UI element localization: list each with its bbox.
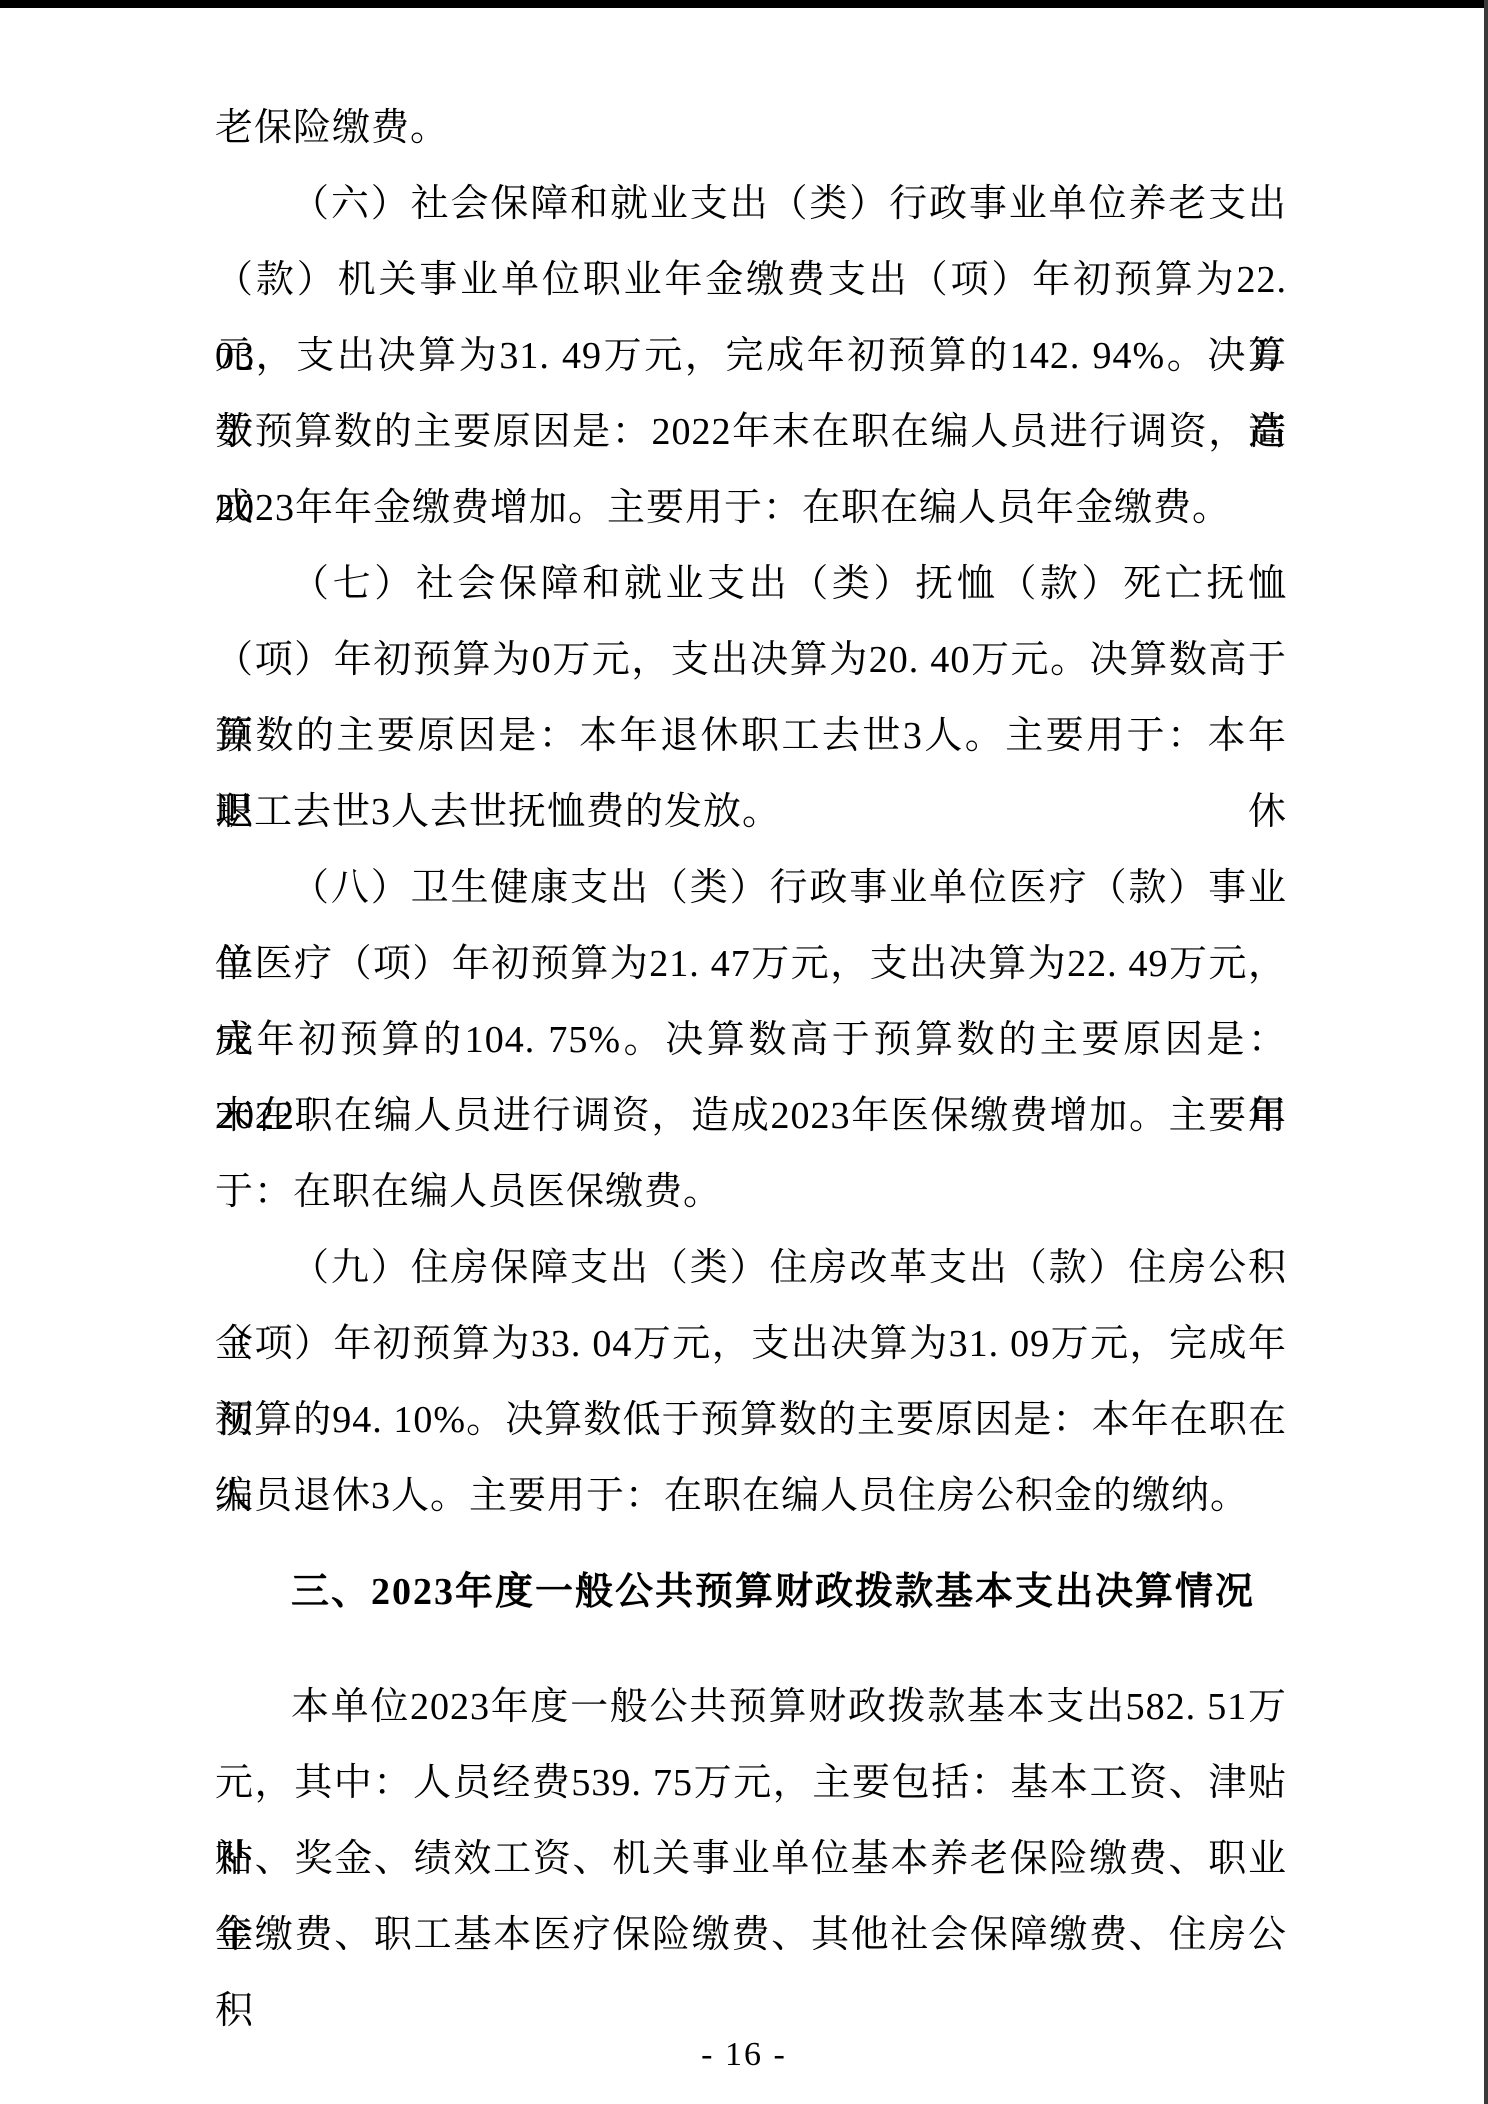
doc-line: 老保险缴费。: [215, 90, 1287, 166]
document-body: 老保险缴费。 （六）社会保障和就业支出（类）行政事业单位养老支出 （款）机关事业…: [215, 90, 1287, 1973]
doc-line: 成年初预算的104. 75%。决算数高于预算数的主要原因是：2022年: [215, 1002, 1287, 1078]
doc-line: 算数的主要原因是：本年退休职工去世3人。主要用于：本年退休: [215, 698, 1287, 774]
scan-edge-right: [1484, 0, 1488, 2104]
doc-line: （八）卫生健康支出（类）行政事业单位医疗（款）事业单: [215, 850, 1287, 926]
doc-line: （七）社会保障和就业支出（类）抚恤（款）死亡抚恤: [215, 546, 1287, 622]
doc-line: 人员退休3人。主要用于：在职在编人员住房公积金的缴纳。: [215, 1458, 1287, 1534]
doc-line: 2023年年金缴费增加。主要用于：在职在编人员年金缴费。: [215, 470, 1287, 546]
section-heading: 三、2023年度一般公共预算财政拨款基本支出决算情况: [215, 1554, 1287, 1630]
doc-line: 元，其中：人员经费539. 75万元，主要包括：基本工资、津贴补: [215, 1745, 1287, 1821]
doc-line: （九）住房保障支出（类）住房改革支出（款）住房公积金: [215, 1230, 1287, 1306]
doc-line: （项）年初预算为33. 04万元，支出决算为31. 09万元，完成年初: [215, 1306, 1287, 1382]
page-number: - 16 -: [0, 2036, 1488, 2074]
doc-line: 本单位2023年度一般公共预算财政拨款基本支出582. 51万: [215, 1669, 1287, 1745]
doc-line: 于预算数的主要原因是：2022年末在职在编人员进行调资，造成: [215, 394, 1287, 470]
doc-line: 于：在职在编人员医保缴费。: [215, 1154, 1287, 1230]
doc-line: （项）年初预算为0万元，支出决算为20. 40万元。决算数高于预: [215, 622, 1287, 698]
doc-line: 末在职在编人员进行调资，造成2023年医保缴费增加。主要用: [215, 1078, 1287, 1154]
doc-line: 金缴费、职工基本医疗保险缴费、其他社会保障缴费、住房公积: [215, 1897, 1287, 1973]
doc-line: （款）机关事业单位职业年金缴费支出（项）年初预算为22. 03万: [215, 242, 1287, 318]
doc-line: 贴、奖金、绩效工资、机关事业单位基本养老保险缴费、职业年: [215, 1821, 1287, 1897]
document-page: 老保险缴费。 （六）社会保障和就业支出（类）行政事业单位养老支出 （款）机关事业…: [0, 0, 1488, 2104]
doc-line: 元，支出决算为31. 49万元，完成年初预算的142. 94%。决算数高: [215, 318, 1287, 394]
doc-line: 位医疗（项）年初预算为21. 47万元，支出决算为22. 49万元，完: [215, 926, 1287, 1002]
doc-line: 预算的94. 10%。决算数低于预算数的主要原因是：本年在职在编: [215, 1382, 1287, 1458]
scan-edge-top: [0, 0, 1488, 8]
doc-line: （六）社会保障和就业支出（类）行政事业单位养老支出: [215, 166, 1287, 242]
